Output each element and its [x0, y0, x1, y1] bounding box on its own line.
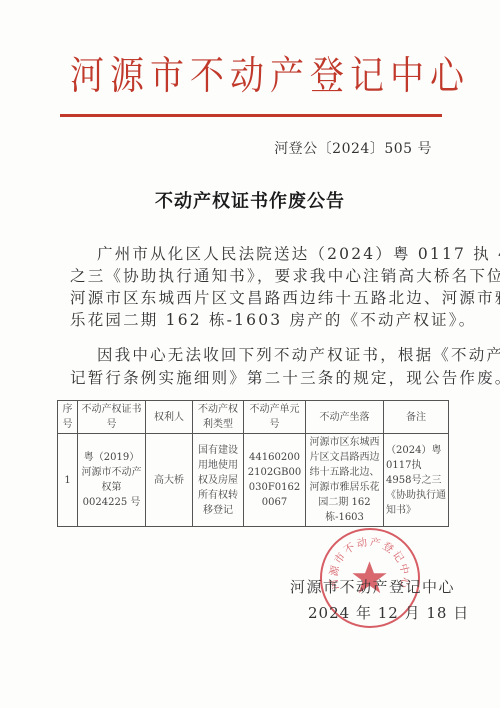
col-header-right-type: 不动产权利类型: [193, 401, 244, 434]
notice-document: 河源市不动产登记中心 河登公〔2024〕505 号 不动产权证书作废公告 广州市…: [0, 0, 500, 708]
cell-unit-no: 441602002102GB00030F01620067: [244, 434, 306, 527]
voided-certificate-table: 序号 不动产权证书号 权利人 不动产权利类型 不动产单元号 不动产坐落 备注 1…: [57, 400, 449, 527]
notice-title: 不动产权证书作废公告: [0, 187, 500, 213]
col-header-index: 序号: [58, 401, 78, 434]
cell-right-type: 国有建设用地使用权及房屋所有权转移登记: [193, 434, 244, 527]
paragraph-1-line-4: 乐花园二期 162 栋-1603 房产的《不动产权证》。: [70, 310, 434, 330]
paragraph-1-line-1: 广州市从化区人民法院送达（2024）粤 0117 执 4958 号: [97, 244, 434, 264]
signature-date: 2024 年 12 月 18 日: [308, 602, 469, 623]
cell-index: 1: [58, 434, 78, 527]
paragraph-1-line-3: 河源市区东城西片区文昌路西边纬十五路北边、河源市雅居: [70, 288, 434, 308]
letterhead-red-rule: [60, 114, 442, 117]
paragraph-2-line-1: 因我中心无法收回下列不动产权证书，根据《不动产登: [97, 345, 434, 365]
organization-letterhead: 河源市不动产登记中心: [70, 50, 440, 103]
cell-remark: （2024）粤0117执4958号之三《协助执行通知书》: [384, 434, 449, 527]
col-header-location: 不动产坐落: [306, 401, 384, 434]
signature-organization: 河源市不动产登记中心: [290, 576, 455, 597]
paragraph-1-line-2: 之三《协助执行通知书》，要求我中心注销高大桥名下位于: [70, 266, 434, 286]
table-header-row: 序号 不动产权证书号 权利人 不动产权利类型 不动产单元号 不动产坐落 备注: [58, 401, 449, 434]
table-row: 1 粤（2019）河源市不动产权第0024225 号 高大桥 国有建设用地使用权…: [58, 434, 449, 527]
col-header-cert-no: 不动产权证书号: [78, 401, 146, 434]
col-header-holder: 权利人: [146, 401, 193, 434]
document-number: 河登公〔2024〕505 号: [274, 138, 432, 158]
col-header-remark: 备注: [384, 401, 449, 434]
cell-holder: 高大桥: [146, 434, 193, 527]
paragraph-2-line-2: 记暂行条例实施细则》第二十三条的规定，现公告作废。: [70, 368, 434, 388]
cell-location: 河源市区东城西片区文昌路西边纬十五路北边、河源市雅居乐花园二期 162 栋-16…: [306, 434, 384, 527]
col-header-unit-no: 不动产单元号: [244, 401, 306, 434]
cell-cert-no: 粤（2019）河源市不动产权第0024225 号: [78, 434, 146, 527]
